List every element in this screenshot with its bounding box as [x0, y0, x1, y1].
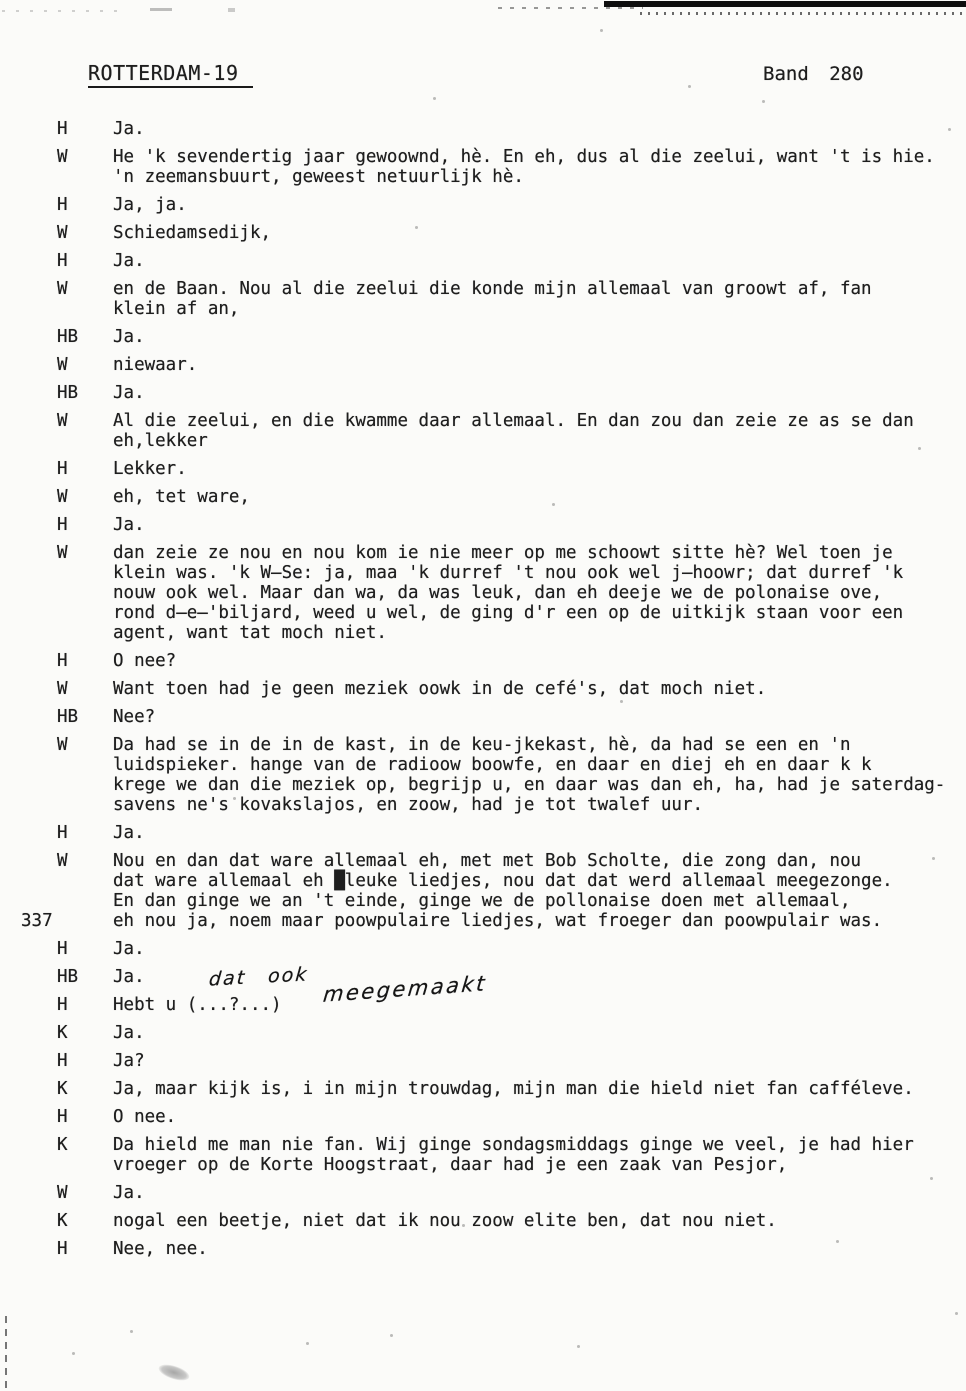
transcript-entry: KJa. [0, 1023, 966, 1043]
transcript-entry: Wen de Baan. Nou al die zeelui die konde… [0, 279, 966, 319]
utterance-line: Lekker. [113, 459, 187, 479]
utterance-line: Ja. [113, 1183, 145, 1203]
transcript-entry: HJa? [0, 1051, 966, 1071]
utterance-line: eh, tet ware, [113, 487, 250, 507]
scan-speck [762, 100, 765, 103]
utterance-line: Want toen had je geen meziek oowk in de … [113, 679, 766, 699]
scan-artifact-smudge [157, 1361, 191, 1383]
utterance-text: Nou en dan dat ware allemaal eh, met met… [113, 851, 893, 931]
scan-speck [72, 1352, 75, 1355]
utterance-text: dan zeie ze nou en nou kom ie nie meer o… [113, 543, 903, 643]
scan-speck [390, 1334, 393, 1337]
transcript-entry: HBJa. [0, 383, 966, 403]
utterance-line: Ja, maar kijk is, i in mijn trouwdag, mi… [113, 1079, 914, 1099]
scan-speck [577, 1345, 580, 1348]
utterance-text: Ja. [113, 1183, 145, 1203]
utterance-line: savens ne's kovakslajos, en zoow, had je… [113, 795, 945, 815]
utterance-line: Ja. [113, 823, 145, 843]
utterance-line: Ja. [113, 327, 145, 347]
speaker-label: H [57, 1239, 113, 1259]
utterance-text: Ja? [113, 1051, 145, 1071]
utterance-line: O nee. [113, 1107, 176, 1127]
speaker-label: W [57, 279, 113, 319]
speaker-label: W [57, 851, 113, 931]
transcript-entry: HNee, nee. [0, 1239, 966, 1259]
utterance-line: eh nou ja, noem maar poowpulaire liedjes… [113, 911, 893, 931]
utterance-line: klein af an, [113, 299, 872, 319]
utterance-text: Nee? [113, 707, 155, 727]
utterance-text: Ja. [113, 119, 145, 139]
scan-speck [688, 85, 691, 88]
utterance-text: He 'k sevendertig jaar gewoownd, hè. En … [113, 147, 935, 187]
speaker-label: W [57, 679, 113, 699]
utterance-text: eh, tet ware, [113, 487, 250, 507]
utterance-text: Ja. [113, 1023, 145, 1043]
scan-artifact-dash [150, 8, 172, 11]
utterance-text: Da had se in de in de kast, in de keu-jk… [113, 735, 945, 815]
utterance-text: nogal een beetje, niet dat ik nou zoow e… [113, 1211, 777, 1231]
utterance-line: Nou en dan dat ware allemaal eh, met met… [113, 851, 893, 871]
transcript-entry: HBJa. [0, 327, 966, 347]
utterance-line: Ja. [113, 251, 145, 271]
utterance-line: vroeger op de Korte Hoogstraat, daar had… [113, 1155, 914, 1175]
utterance-line: Ja. [113, 383, 145, 403]
speaker-label: H [57, 1051, 113, 1071]
utterance-text: Ja. [113, 383, 145, 403]
utterance-text: Schiedamsedijk, [113, 223, 271, 243]
transcript-entry: HJa. [0, 515, 966, 535]
transcript-entry: HJa, ja. [0, 195, 966, 215]
utterance-line: 'n zeemansbuurt, geweest netuurlijk hè. [113, 167, 935, 187]
scan-artifact-margin-line [5, 1316, 7, 1391]
speaker-label: H [57, 195, 113, 215]
utterance-line: Hebt u (...?...) [113, 995, 282, 1015]
utterance-line: Da had se in de in de kast, in de keu-jk… [113, 735, 945, 755]
utterance-line: Ja. [113, 967, 145, 987]
speaker-label: H [57, 823, 113, 843]
utterance-line: nogal een beetje, niet dat ik nou zoow e… [113, 1211, 777, 1231]
utterance-line: Nee? [113, 707, 155, 727]
scan-speck [955, 1312, 958, 1315]
utterance-line: Ja. [113, 1023, 145, 1043]
utterance-text: Nee, nee. [113, 1239, 208, 1259]
utterance-text: Want toen had je geen meziek oowk in de … [113, 679, 766, 699]
utterance-line: Ja. [113, 939, 145, 959]
utterance-line: niewaar. [113, 355, 197, 375]
utterance-line: Ja. [113, 119, 145, 139]
utterance-line: Al die zeelui, en die kwamme daar allema… [113, 411, 914, 431]
transcript-entry: Wniewaar. [0, 355, 966, 375]
scan-artifact-dash [228, 8, 235, 12]
transcript-entry: WNou en dan dat ware allemaal eh, met me… [0, 851, 966, 931]
transcript-entry: Knogal een beetje, niet dat ik nou zoow … [0, 1211, 966, 1231]
utterance-text: Ja. [113, 251, 145, 271]
utterance-line: Nee, nee. [113, 1239, 208, 1259]
utterance-line: en de Baan. Nou al die zeelui die konde … [113, 279, 872, 299]
transcript-entry: Wdan zeie ze nou en nou kom ie nie meer … [0, 543, 966, 643]
utterance-text: en de Baan. Nou al die zeelui die konde … [113, 279, 872, 319]
speaker-label: H [57, 119, 113, 139]
transcript-entry: WHe 'k sevendertig jaar gewoownd, hè. En… [0, 147, 966, 187]
speaker-label: K [57, 1079, 113, 1099]
speaker-label: HB [57, 707, 113, 727]
speaker-label: K [57, 1211, 113, 1231]
utterance-text: Ja. [113, 327, 145, 347]
speaker-label: H [57, 995, 113, 1015]
transcript-entry: HJa. [0, 823, 966, 843]
speaker-label: W [57, 223, 113, 243]
scan-artifact-top-bar [604, 1, 966, 7]
speaker-label: H [57, 251, 113, 271]
utterance-line: dan zeie ze nou en nou kom ie nie meer o… [113, 543, 903, 563]
utterance-text: Lekker. [113, 459, 187, 479]
transcript-entry: HJa. [0, 939, 966, 959]
scan-artifact-dotted-bar [640, 12, 966, 15]
transcript-entry: HO nee? [0, 651, 966, 671]
transcript-entry: HO nee. [0, 1107, 966, 1127]
speaker-label: H [57, 939, 113, 959]
utterance-line: Ja? [113, 1051, 145, 1071]
band-number: Band 280 [763, 63, 864, 85]
utterance-line: eh,lekker [113, 431, 914, 451]
transcript-entry: HBNee? [0, 707, 966, 727]
transcript-entry: WSchiedamsedijk, [0, 223, 966, 243]
scan-speck [600, 29, 603, 32]
utterance-text: niewaar. [113, 355, 197, 375]
utterance-line: dat ware allemaal eh █leuke liedjes, nou… [113, 871, 893, 891]
scan-speck [306, 1342, 309, 1345]
transcript-entry: WWant toen had je geen meziek oowk in de… [0, 679, 966, 699]
speaker-label: K [57, 1135, 113, 1175]
utterance-line: Ja. [113, 515, 145, 535]
speaker-label: H [57, 1107, 113, 1127]
utterance-line: En dan ginge we an 't einde, ginge we de… [113, 891, 893, 911]
margin-page-number: 337 [21, 911, 53, 931]
speaker-label: W [57, 1183, 113, 1203]
speaker-label: W [57, 355, 113, 375]
scanned-transcript-page: ROTTERDAM-19 Band 280 HJa.WHe 'k sevende… [0, 0, 966, 1391]
speaker-label: W [57, 543, 113, 643]
speaker-label: W [57, 487, 113, 507]
utterance-line: O nee? [113, 651, 176, 671]
transcript-entry: KJa, maar kijk is, i in mijn trouwdag, m… [0, 1079, 966, 1099]
speaker-label: W [57, 411, 113, 451]
speaker-label: H [57, 459, 113, 479]
scan-artifact-dashes [2, 10, 127, 12]
transcript-entry: Weh, tet ware, [0, 487, 966, 507]
speaker-label: HB [57, 967, 113, 987]
utterance-line: klein was. 'k W̶Se: ja, maa 'k durref 't… [113, 563, 903, 583]
utterance-text: O nee. [113, 1107, 176, 1127]
utterance-line: agent, want tat moch niet. [113, 623, 903, 643]
utterance-line: nouw ook wel. Maar dan wa, da was leuk, … [113, 583, 903, 603]
utterance-line: Ja, ja. [113, 195, 187, 215]
scan-speck [130, 1330, 133, 1333]
transcript-entry: WJa. [0, 1183, 966, 1203]
transcript-entry: HJa. [0, 119, 966, 139]
utterance-text: Da hield me man nie fan. Wij ginge sonda… [113, 1135, 914, 1175]
utterance-text: Al die zeelui, en die kwamme daar allema… [113, 411, 914, 451]
utterance-text: Ja. [113, 823, 145, 843]
transcript: HJa.WHe 'k sevendertig jaar gewoownd, hè… [0, 119, 966, 1267]
transcript-entry: WAl die zeelui, en die kwamme daar allem… [0, 411, 966, 451]
speaker-label: K [57, 1023, 113, 1043]
utterance-line: luidspieker. hange van de radioow boowfe… [113, 755, 945, 775]
speaker-label: HB [57, 327, 113, 347]
speaker-label: W [57, 735, 113, 815]
utterance-line: rond d̶e̶'biljard, weed u wel, de ging d… [113, 603, 903, 623]
scan-artifact-dashes [498, 7, 643, 9]
speaker-label: H [57, 651, 113, 671]
utterance-text: Ja. [113, 967, 145, 987]
utterance-line: krege we dan die meziek op, begrijp u, e… [113, 775, 945, 795]
transcript-entry: WDa had se in de in de kast, in de keu-j… [0, 735, 966, 815]
speaker-label: HB [57, 383, 113, 403]
utterance-text: Ja, ja. [113, 195, 187, 215]
utterance-text: Ja. [113, 515, 145, 535]
page-title: ROTTERDAM-19 [88, 61, 253, 88]
utterance-line: He 'k sevendertig jaar gewoownd, hè. En … [113, 147, 935, 167]
utterance-text: Ja, maar kijk is, i in mijn trouwdag, mi… [113, 1079, 914, 1099]
utterance-text: Ja. [113, 939, 145, 959]
utterance-line: Da hield me man nie fan. Wij ginge sonda… [113, 1135, 914, 1155]
transcript-entry: KDa hield me man nie fan. Wij ginge sond… [0, 1135, 966, 1175]
scan-speck [433, 97, 436, 100]
utterance-line: Schiedamsedijk, [113, 223, 271, 243]
utterance-text: Hebt u (...?...)dat ookmeegemaakt [113, 995, 282, 1015]
utterance-text: O nee? [113, 651, 176, 671]
transcript-entry: HLekker. [0, 459, 966, 479]
transcript-entry: HJa. [0, 251, 966, 271]
speaker-label: H [57, 515, 113, 535]
speaker-label: W [57, 147, 113, 187]
transcript-entry: HHebt u (...?...)dat ookmeegemaakt [0, 995, 966, 1015]
